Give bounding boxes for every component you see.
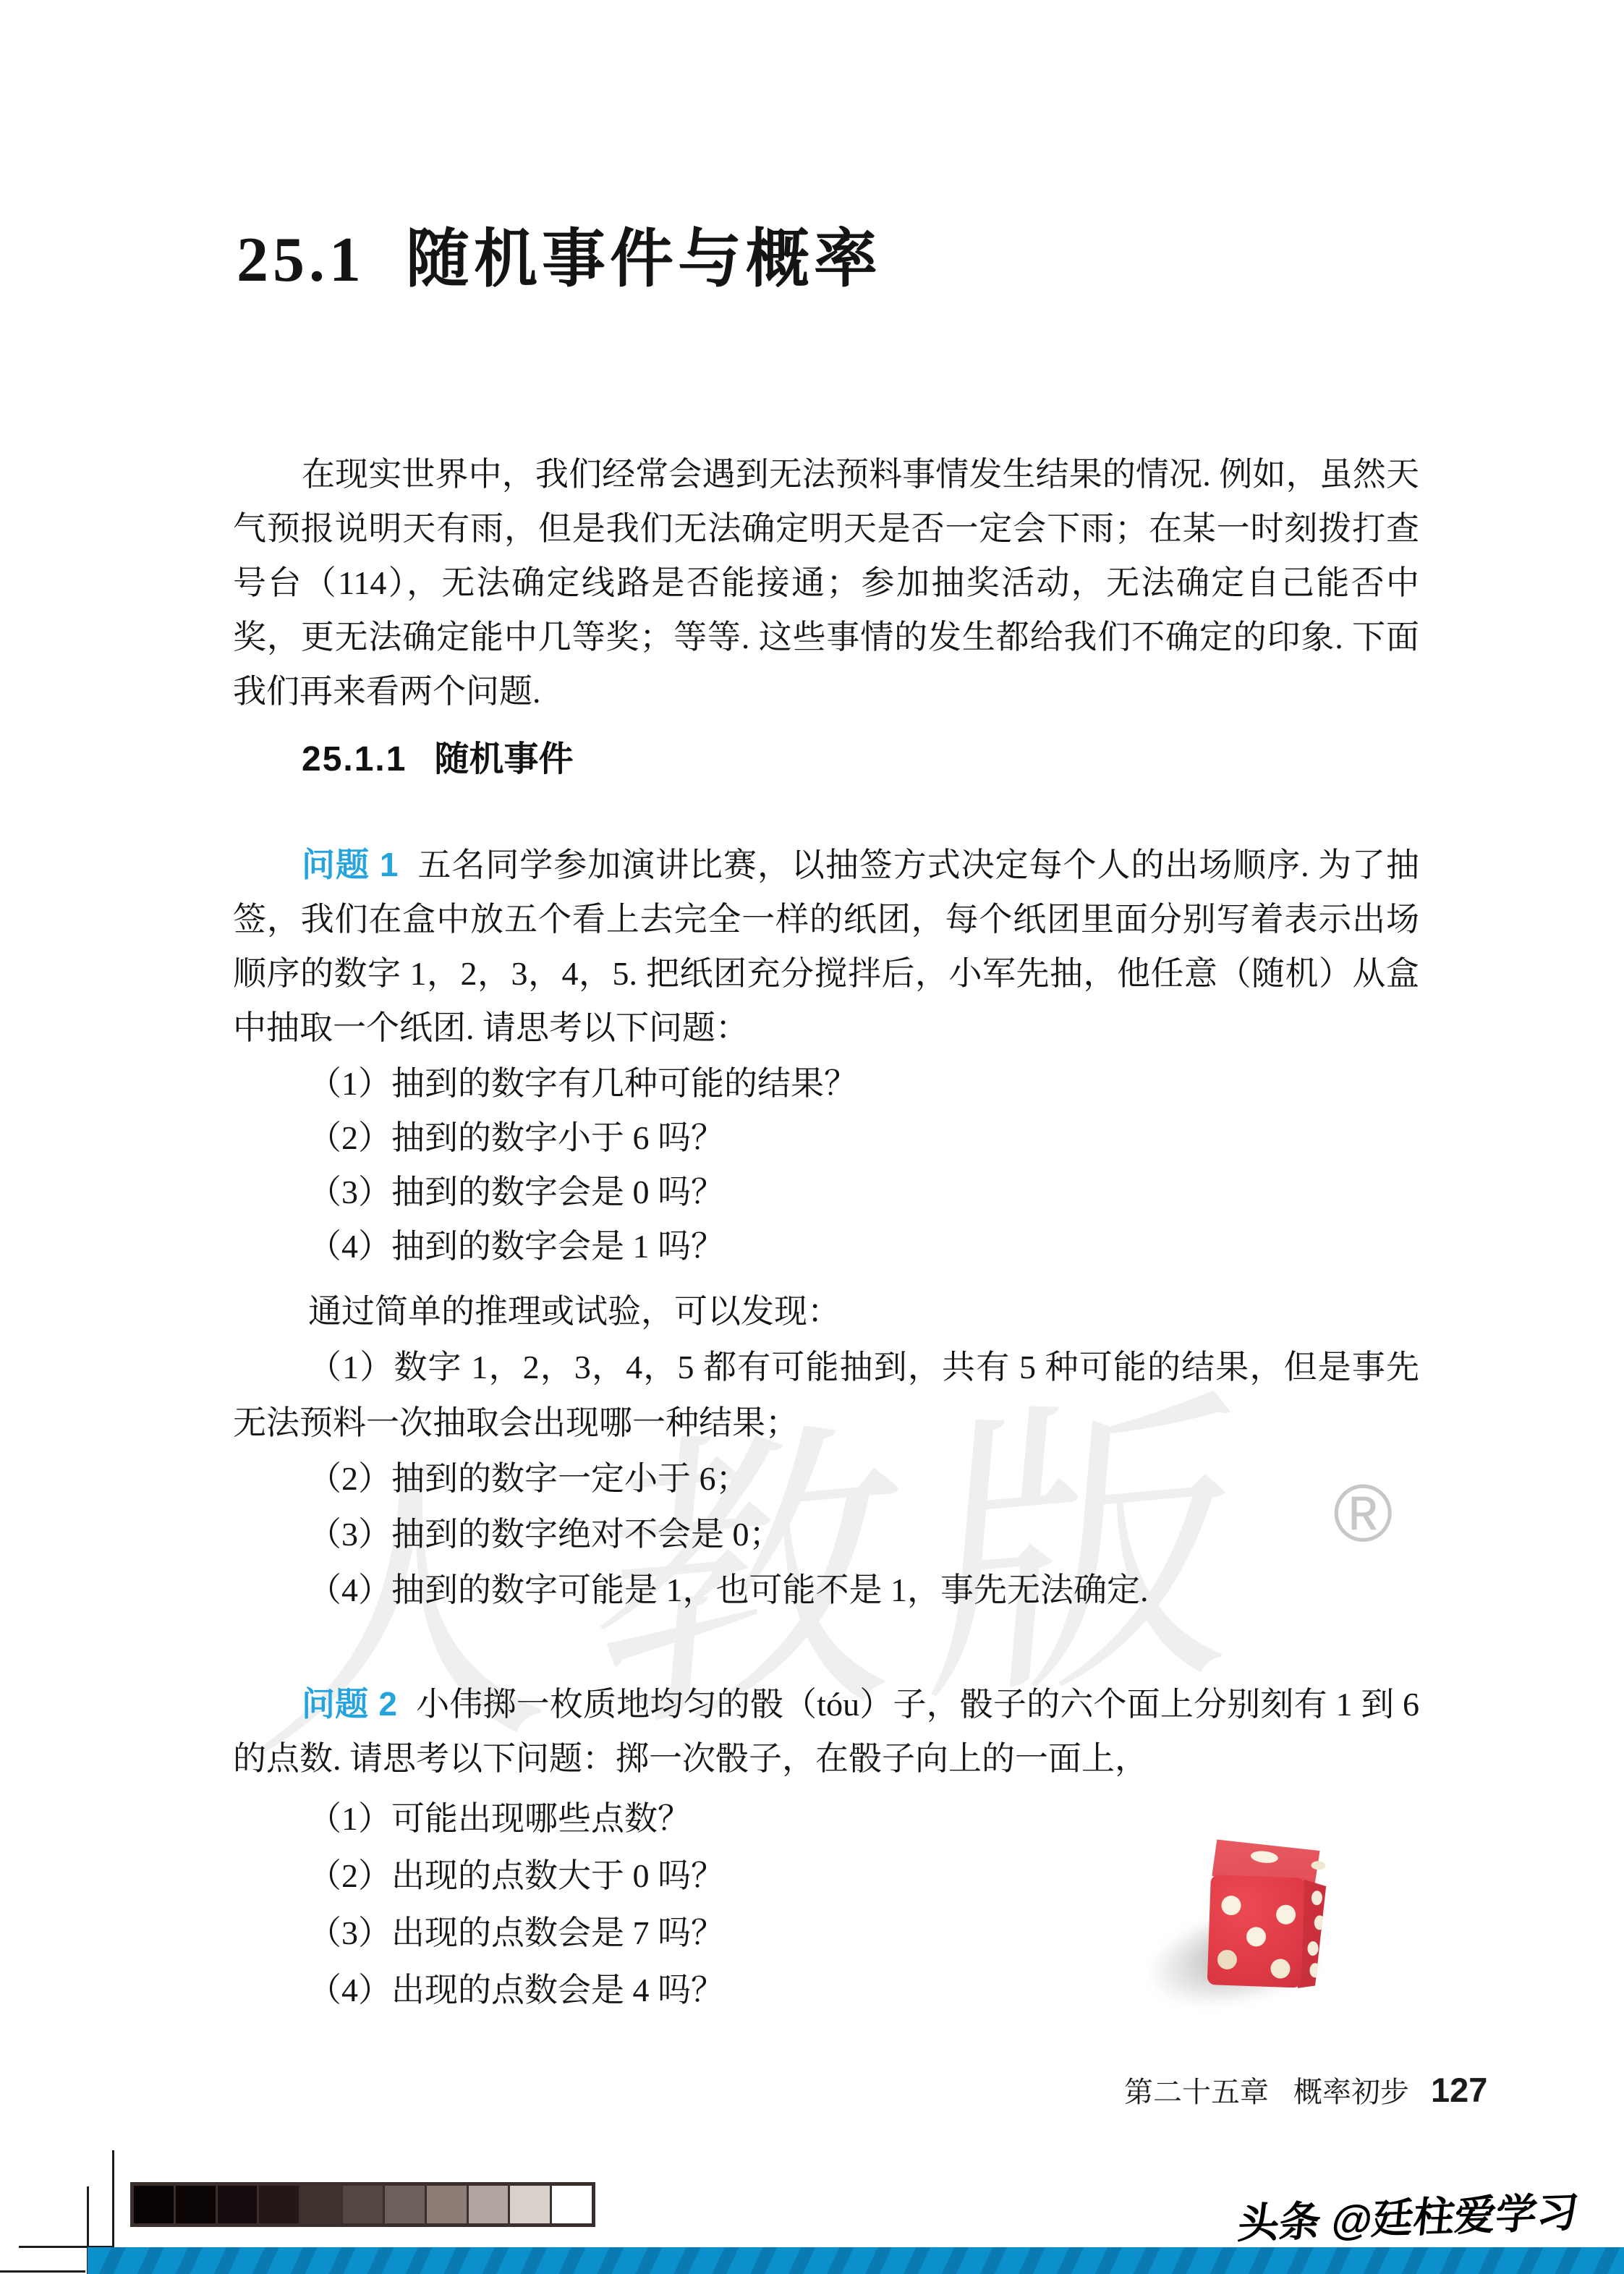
footer-page-number: 127 <box>1431 2070 1487 2110</box>
problem1-question-4: （4）抽到的数字会是 1 吗？ <box>233 1219 1419 1273</box>
dice-pip <box>1217 1949 1237 1969</box>
footer-chapter: 第二十五章 <box>1124 2069 1269 2110</box>
grayscale-swatch <box>216 2186 258 2223</box>
crop-mark <box>0 2270 85 2273</box>
problem2-question-list: （1）可能出现哪些点数？ （2）出现的点数大于 0 吗？ （3）出现的点数会是 … <box>233 1790 1137 2019</box>
dice-front-face <box>1207 1875 1305 1987</box>
grayscale-swatch <box>174 2186 216 2223</box>
problem1-findings: 通过简单的推理或试验，可以发现： （1）数字 1，2，3，4，5 都有可能抽到，… <box>233 1284 1419 1618</box>
problem2-question-3: （3）出现的点数会是 7 吗？ <box>233 1904 1137 1961</box>
finding-1: （1）数字 1，2，3，4，5 都有可能抽到，共有 5 种可能的结果，但是事先无… <box>233 1339 1419 1451</box>
grayscale-swatch <box>134 2186 174 2223</box>
dice-side-pip <box>1309 1963 1321 1978</box>
problem1-paragraph: 问题1五名同学参加演讲比赛，以抽签方式决定每个人的出场顺序. 为了抽签，我们在盒… <box>233 838 1419 1055</box>
finding-2: （2）抽到的数字一定小于 6； <box>233 1451 1419 1506</box>
dice-pip <box>1246 1927 1267 1947</box>
dice-pip <box>1270 1959 1291 1979</box>
grayscale-calibration-strip <box>130 2182 595 2227</box>
grayscale-swatch <box>467 2186 509 2223</box>
grayscale-swatch <box>508 2186 550 2223</box>
dice-top-pip <box>1311 1861 1325 1870</box>
problem1-question-2: （2）抽到的数字小于 6 吗？ <box>233 1111 1419 1165</box>
grayscale-swatch <box>425 2186 467 2223</box>
problem2-text: 小伟掷一枚质地均匀的骰（tóu）子，骰子的六个面上分别刻有 1 到 6 的点数.… <box>233 1686 1419 1777</box>
findings-intro: 通过简单的推理或试验，可以发现： <box>233 1284 1419 1339</box>
problem2-number: 2 <box>378 1685 397 1723</box>
grayscale-swatch <box>257 2186 299 2223</box>
dice-pip <box>1276 1904 1296 1925</box>
problem2-paragraph: 问题2小伟掷一枚质地均匀的骰（tóu）子，骰子的六个面上分别刻有 1 到 6 的… <box>233 1677 1419 1786</box>
problem1-label: 问题 <box>302 847 370 883</box>
problem2-label: 问题 <box>302 1686 368 1723</box>
finding-4: （4）抽到的数字可能是 1，也可能不是 1，事先无法确定. <box>233 1562 1419 1618</box>
dice-image <box>1205 1838 1335 1995</box>
dice-side-pip <box>1311 1891 1323 1906</box>
section-heading: 25.1.1随机事件 <box>302 731 573 781</box>
grayscale-swatch <box>550 2186 592 2223</box>
uploader-watermark: 头条 @廷柱爱学习 <box>1236 2179 1582 2251</box>
problem2-question-1: （1）可能出现哪些点数？ <box>233 1790 1137 1847</box>
footer-subject: 概率初步 <box>1293 2069 1409 2110</box>
intro-paragraph: 在现实世界中，我们经常会遇到无法预料事情发生结果的情况. 例如，虽然天气预报说明… <box>233 447 1419 718</box>
section-title: 随机事件 <box>434 740 573 778</box>
page-footer: 第二十五章 概率初步 127 <box>1124 2069 1487 2110</box>
problem1-number: 1 <box>380 846 399 883</box>
page-title: 25.1 随机事件与概率 <box>237 208 882 300</box>
problem1-question-list: （1）抽到的数字有几种可能的结果？ （2）抽到的数字小于 6 吗？ （3）抽到的… <box>233 1056 1419 1273</box>
problem1-question-3: （3）抽到的数字会是 0 吗？ <box>233 1165 1419 1219</box>
dice-side-pip <box>1314 1915 1325 1930</box>
dice-side-pip <box>1307 1941 1319 1956</box>
problem2-question-4: （4）出现的点数会是 4 吗？ <box>233 1961 1137 2019</box>
section-number: 25.1.1 <box>302 740 407 778</box>
grayscale-swatch <box>383 2186 425 2223</box>
bottom-striped-bar <box>88 2247 1624 2274</box>
grayscale-swatch <box>299 2186 341 2223</box>
problem1-question-1: （1）抽到的数字有几种可能的结果？ <box>233 1056 1419 1111</box>
problem2-question-2: （2）出现的点数大于 0 吗？ <box>233 1847 1137 1904</box>
finding-3: （3）抽到的数字绝对不会是 0； <box>233 1506 1419 1562</box>
textbook-page: 人教版 ® 25.1 随机事件与概率 在现实世界中，我们经常会遇到无法预料事情发… <box>0 0 1624 2274</box>
grayscale-swatch <box>341 2186 383 2223</box>
dice-pip <box>1221 1896 1241 1916</box>
problem1-text: 五名同学参加演讲比赛，以抽签方式决定每个人的出场顺序. 为了抽签，我们在盒中放五… <box>233 847 1419 1046</box>
crop-mark <box>112 2150 114 2249</box>
